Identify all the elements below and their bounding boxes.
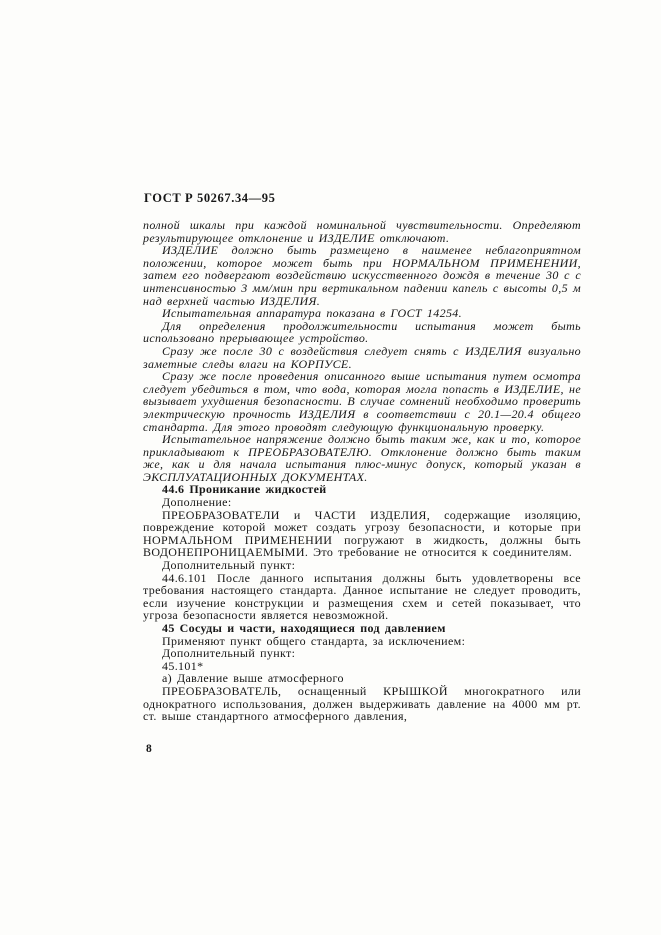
- paragraph: ПРЕОБРАЗОВАТЕЛЬ, оснащенный КРЫШКОЙ мног…: [143, 685, 581, 723]
- section-heading-45: 45 Сосуды и части, находящиеся под давле…: [143, 622, 581, 635]
- paragraph: Испытательное напряжение должно быть так…: [143, 433, 581, 483]
- document-page: ГОСТ Р 50267.34—95 полной шкалы при кажд…: [0, 0, 661, 935]
- paragraph: Дополнительный пункт:: [143, 647, 581, 660]
- paragraph: Для определения продолжительности испыта…: [143, 320, 581, 345]
- paragraph-continuation: полной шкалы при каждой номинальной чувс…: [143, 219, 581, 244]
- paragraph: Дополнительный пункт:: [143, 559, 581, 572]
- paragraph: ИЗДЕЛИЕ должно быть размещено в наименее…: [143, 244, 581, 307]
- page-number: 8: [146, 743, 152, 755]
- paragraph: Испытательная аппаратура показана в ГОСТ…: [143, 307, 581, 320]
- paragraph: Дополнение:: [143, 496, 581, 509]
- paragraph: Сразу же после 30 с воздействия следует …: [143, 345, 581, 370]
- clause-44-6-101: 44.6.101 После данного испытания должны …: [143, 572, 581, 622]
- document-body: полной шкалы при каждой номинальной чувс…: [143, 219, 581, 723]
- paragraph: Сразу же после проведения описанного выш…: [143, 370, 581, 433]
- paragraph: ПРЕОБРАЗОВАТЕЛИ и ЧАСТИ ИЗДЕЛИЯ, содержа…: [143, 509, 581, 559]
- document-header-gost-number: ГОСТ Р 50267.34—95: [144, 191, 275, 206]
